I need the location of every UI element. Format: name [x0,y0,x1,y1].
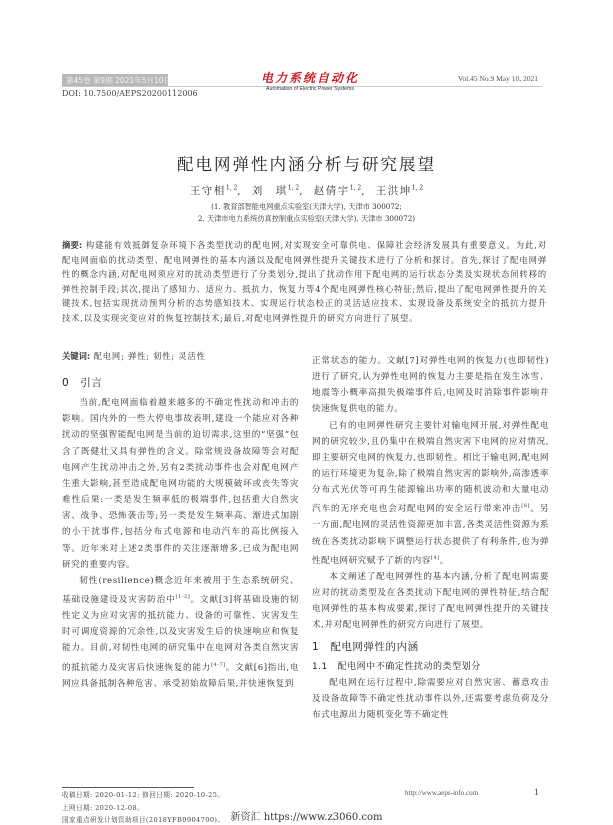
journal-title-cn: 电力系统自动化 [255,71,365,85]
author: 王洪坤 [376,185,412,197]
abstract-text: 构建能有效抵御复杂环境下各类型扰动的配电网,对实现安全可靠供电、保障社会经济发展… [62,240,547,323]
citation: [4] [431,555,440,561]
citation: [8] [521,503,530,509]
paragraph-text: 。文献[3]将基础设施的韧性定义为应对灾害的抵抗能力、设备的可靠性、灾害发生时可… [62,595,299,672]
author-affiliation-mark: 1, 2 [350,185,361,192]
subsection-heading: 1.1 配电网中不确定性扰动的类型划分 [312,659,549,675]
author: 赵倩宇 [314,185,350,197]
paper-title: 配电网弹性内涵分析与研究展望 [0,151,613,175]
paragraph: 当前,配电网面临着越来越多的不确定性扰动和冲击的影响。国内外的一些大停电事故表明… [62,395,299,573]
abstract-label: 摘要: [62,240,82,250]
left-column: 0 引言 当前,配电网面临着越来越多的不确定性扰动和冲击的影响。国内外的一些大停… [62,375,299,692]
journal-url: http://www.aeps-info.com [405,789,478,797]
paragraph: 正常状态的能力。文献[7]对弹性电网的恢复力(也即韧性)进行了研究,认为弹性电网… [312,353,549,418]
author: 王守相 [190,185,226,197]
doi: DOI: 10.7500/AEPS20200112006 [62,89,198,98]
author: 刘 琪 [252,185,288,197]
citation: [1-2] [176,594,191,600]
author-affiliation-mark: 1, 2 [412,185,423,192]
watermark: 新资汇 https://www.z3060.com [0,808,613,823]
section-heading: 1 配电网弹性的内涵 [312,639,549,655]
keywords-text: 配电网; 弹性; 韧性; 灵活性 [94,351,206,361]
affiliation: (1. 教育部智能电网重点实验室(天津大学), 天津市 300072; [0,202,613,212]
paragraph-text: 已有的电网弹性研究主要针对输电网开展,对弹性配电网的研究较少,且仍集中在极端自然… [312,421,549,515]
footnote: 收稿日期: 2020-01-12; 修回日期: 2020-10-25。 [62,789,224,802]
right-column: 正常状态的能力。文献[7]对弹性电网的恢复力(也即韧性)进行了研究,认为弹性电网… [312,353,549,723]
paragraph-text: 。 [440,556,449,566]
journal-title-en: Automation of Electric Power Systems [255,85,365,93]
abstract: 摘要: 构建能有效抵御复杂环境下各类型扰动的配电网,对实现安全可靠供电、保障社会… [62,238,547,326]
paragraph: 韧性(resilience)概念近年来被用于生态系统研究、基础设施建设及灾害防治… [62,573,299,692]
author-list: 王守相1, 2, 刘 琪1, 2, 赵倩宇1, 2, 王洪坤1, 2 [0,183,613,198]
paragraph: 配电网在运行过程中,除需要应对自然灾害、蓄意攻击及设备故障等不确定性扰动事件以外… [312,675,549,723]
author-affiliation-mark: 1, 2 [226,185,237,192]
citation: [4-7] [211,662,226,668]
volume-info: Vol.45 No.9 May 10, 2021 [458,74,538,83]
paragraph: 已有的电网弹性研究主要针对输电网开展,对弹性配电网的研究较少,且仍集中在极端自然… [312,418,549,569]
footnote-rule [62,787,194,788]
affiliation: 2. 天津市电力系统仿真控制重点实验室(天津大学), 天津市 300072) [0,214,613,224]
keywords-label: 关键词: [62,351,90,361]
page-number: 1 [534,787,539,797]
journal-logo: 电力系统自动化 Automation of Electric Power Sys… [255,71,365,93]
keywords: 关键词: 配电网; 弹性; 韧性; 灵活性 [62,350,206,362]
paragraph: 本文阐述了配电网弹性的基本内涵,分析了配电网需要应对的扰动类型及在各类扰动下配电… [312,569,549,634]
section-heading: 0 引言 [62,375,299,391]
author-affiliation-mark: 1, 2 [288,185,299,192]
